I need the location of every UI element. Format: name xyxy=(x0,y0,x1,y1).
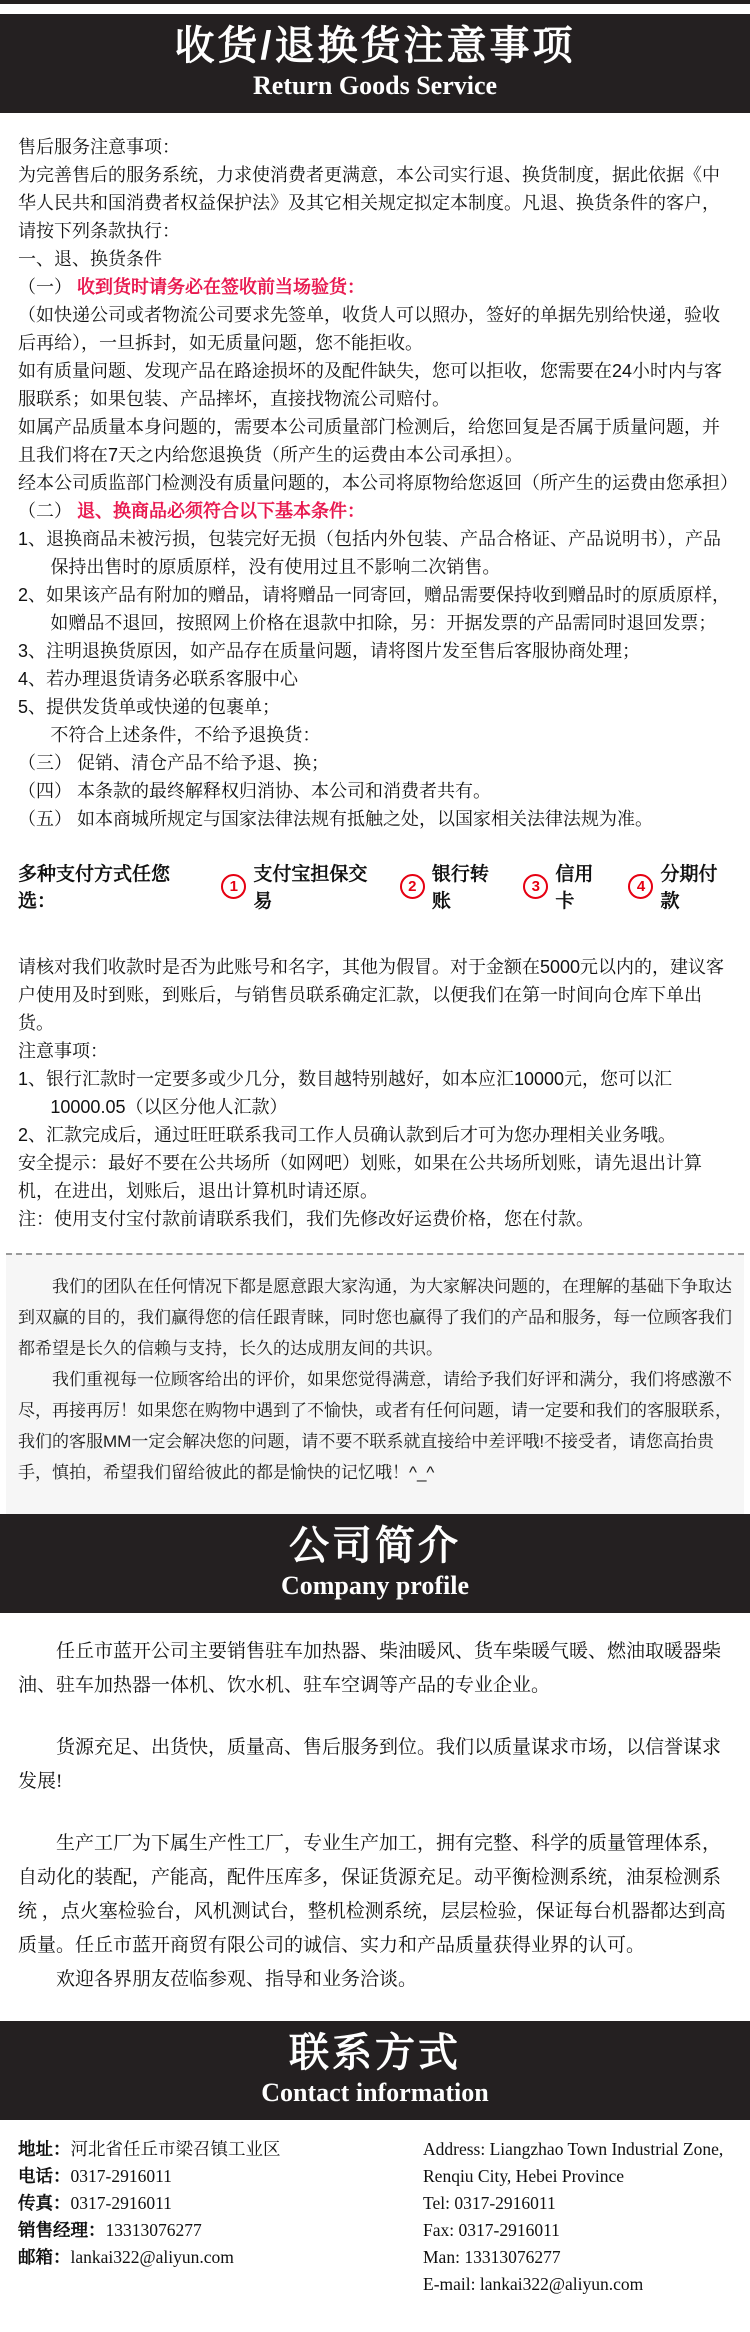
contact-header-band: 联系方式 Contact information xyxy=(0,2021,750,2120)
clause-2-emphasis: 退、换商品必须符合以下基本条件： xyxy=(77,501,365,521)
alipay-note: 注：使用支付宝付款前请联系我们，我们先修改好运费价格，您在付款。 xyxy=(18,1205,732,1233)
payment-methods-label: 多种支付方式任您选： xyxy=(18,859,201,913)
contact-address-en-1: Address: Liangzhao Town Industrial Zone, xyxy=(423,2136,732,2163)
contact-label: 地址： xyxy=(18,2139,71,2159)
company-profile-para: 生产工厂为下属生产性工厂，专业生产加工，拥有完整、科学的质量管理体系，自动化的装… xyxy=(18,1827,732,1963)
clause-2-prefix: （二） xyxy=(18,501,77,521)
contact-email-cn: 邮箱：lankai322@aliyun.com xyxy=(18,2244,423,2271)
return-policy-section: 售后服务注意事项： 为完善售后的服务系统，力求使消费者更满意，本公司实行退、换货… xyxy=(0,113,750,833)
security-tip: 安全提示：最好不要在公共场所（如网吧）划账，如果在公共场所划账，请先退出计算机，… xyxy=(18,1149,732,1205)
extra-clause: （三） 促销、清仓产品不给予退、换； xyxy=(18,749,732,777)
payment-method-label: 信用卡 xyxy=(555,859,608,913)
payment-methods-row: 多种支付方式任您选： 1 支付宝担保交易 2 银行转账 3 信用卡 4 分期付款 xyxy=(18,859,732,913)
company-profile-section: 任丘市蓝开公司主要销售驻车加热器、柴油暖风、货车柴暖气暖、燃油取暖器柴油、驻车加… xyxy=(0,1613,750,2021)
return-goods-title-en: Return Goods Service xyxy=(0,71,750,101)
clause-1-emphasis: 收到货时请务必在签收前当场验货： xyxy=(77,277,365,297)
condition-item: 4、若办理退货请务必联系客服中心 xyxy=(18,665,732,693)
contact-fax-en: Fax: 0317-2916011 xyxy=(423,2217,732,2244)
contact-value: 河北省任丘市梁召镇工业区 xyxy=(71,2139,281,2159)
circled-number-2-icon: 2 xyxy=(400,874,425,899)
circled-number-1-icon: 1 xyxy=(221,874,246,899)
circled-number-3-icon: 3 xyxy=(523,874,548,899)
remittance-section: 请核对我们收款时是否为此账号和名字，其他为假冒。对于金额在5000元以内的，建议… xyxy=(0,913,750,1233)
clause-1-body-3: 如属产品质量本身问题的，需要本公司质量部门检测后，给您回复是否属于质量问题，并且… xyxy=(18,413,732,469)
clause-1-body-4: 经本公司质监部门检测没有质量问题的，本公司将原物给您返回（所产生的运费由您承担） xyxy=(18,469,732,497)
clause-1-body-2: 如有质量问题、发现产品在路途损坏的及配件缺失，您可以拒收，您需要在24小时内与客… xyxy=(18,357,732,413)
payment-method-label: 支付宝担保交易 xyxy=(253,859,380,913)
contact-manager-cn: 销售经理：13313076277 xyxy=(18,2217,423,2244)
section-return-conditions-title: 一、退、换货条件 xyxy=(18,245,732,273)
contact-title-en: Contact information xyxy=(0,2078,750,2108)
after-sale-notes-title: 售后服务注意事项： xyxy=(18,133,732,161)
top-border xyxy=(0,0,750,4)
payment-method-alipay: 1 支付宝担保交易 xyxy=(201,859,380,913)
company-profile-title-cn: 公司简介 xyxy=(0,1522,750,1570)
company-profile-para: 货源充足、出货快，质量高、售后服务到位。我们以质量谋求市场，以信誉谋求发展! xyxy=(18,1731,732,1799)
contact-value: lankai322@aliyun.com xyxy=(71,2247,234,2267)
remittance-note: 1、银行汇款时一定要多或少几分，数目越特别越好，如本应汇10000元，您可以汇1… xyxy=(18,1065,732,1121)
company-profile-para: 欢迎各界朋友莅临参观、指导和业务洽谈。 xyxy=(18,1963,732,1997)
clause-1-heading: （一） 收到货时请务必在签收前当场验货： xyxy=(18,273,732,301)
condition-item: 3、注明退换货原因，如产品存在质量问题，请将图片发至售后客服协商处理； xyxy=(18,637,732,665)
contact-tel-en: Tel: 0317-2916011 xyxy=(423,2190,732,2217)
return-goods-title-cn: 收货/退换货注意事项 xyxy=(0,22,750,70)
after-sale-intro: 为完善售后的服务系统，力求使消费者更满意，本公司实行退、换货制度，据此依据《中华… xyxy=(18,161,732,245)
contact-title-cn: 联系方式 xyxy=(0,2029,750,2077)
contact-address-cn: 地址：河北省任丘市梁召镇工业区 xyxy=(18,2136,423,2163)
contact-value: 0317-2916011 xyxy=(71,2166,172,2186)
contact-fax-cn: 传真：0317-2916011 xyxy=(18,2190,423,2217)
company-profile-header-band: 公司简介 Company profile xyxy=(0,1514,750,1613)
no-return-note: 不符合上述条件，不给予退换货： xyxy=(18,721,732,749)
contact-label: 邮箱： xyxy=(18,2247,71,2267)
remittance-intro: 请核对我们收款时是否为此账号和名字，其他为假冒。对于金额在5000元以内的，建议… xyxy=(18,953,732,1037)
contact-section: 地址：河北省任丘市梁召镇工业区 电话：0317-2916011 传真：0317-… xyxy=(0,2120,750,2332)
team-message-para: 我们重视每一位顾客给出的评价，如果您觉得满意，请给予我们好评和满分，我们将感激不… xyxy=(18,1364,732,1488)
contact-label: 传真： xyxy=(18,2193,71,2213)
payment-method-credit-card: 3 信用卡 xyxy=(503,859,608,913)
team-message-para: 我们的团队在任何情况下都是愿意跟大家沟通，为大家解决问题的，在理解的基础下争取达… xyxy=(18,1271,732,1364)
condition-item: 5、提供发货单或快递的包裹单； xyxy=(18,693,732,721)
contact-label: 销售经理： xyxy=(18,2220,106,2240)
payment-method-installment: 4 分期付款 xyxy=(608,859,732,913)
extra-clause: （五） 如本商城所规定与国家法律法规有抵触之处，以国家相关法律法规为准。 xyxy=(18,805,732,833)
company-profile-para: 任丘市蓝开公司主要销售驻车加热器、柴油暖风、货车柴暖气暖、燃油取暖器柴油、驻车加… xyxy=(18,1635,732,1703)
company-profile-title-en: Company profile xyxy=(0,1571,750,1601)
contact-value: 13313076277 xyxy=(106,2220,202,2240)
condition-item: 1、退换商品未被污损，包装完好无损（包括内外包装、产品合格证、产品说明书），产品… xyxy=(18,525,732,581)
contact-man-en: Man: 13313076277 xyxy=(423,2244,732,2271)
remittance-note: 2、汇款完成后，通过旺旺联系我司工作人员确认款到后才可为您办理相关业务哦。 xyxy=(18,1121,732,1149)
payment-method-label: 分期付款 xyxy=(660,859,732,913)
contact-english-column: Address: Liangzhao Town Industrial Zone,… xyxy=(423,2136,732,2298)
clause-1-body-1: （如快递公司或者物流公司要求先签单，收货人可以照办，签好的单据先别给快递，验收后… xyxy=(18,301,732,357)
condition-item: 2、如果该产品有附加的赠品，请将赠品一同寄回，赠品需要保持收到赠品时的原质原样，… xyxy=(18,581,732,637)
payment-method-label: 银行转账 xyxy=(432,859,504,913)
remittance-notes-title: 注意事项： xyxy=(18,1037,732,1065)
contact-value: 0317-2916011 xyxy=(71,2193,172,2213)
circled-number-4-icon: 4 xyxy=(628,874,653,899)
payment-method-bank-transfer: 2 银行转账 xyxy=(380,859,504,913)
contact-chinese-column: 地址：河北省任丘市梁召镇工业区 电话：0317-2916011 传真：0317-… xyxy=(18,2136,423,2298)
contact-phone-cn: 电话：0317-2916011 xyxy=(18,2163,423,2190)
contact-label: 电话： xyxy=(18,2166,71,2186)
clause-1-prefix: （一） xyxy=(18,277,77,297)
return-goods-header-band: 收货/退换货注意事项 Return Goods Service xyxy=(0,14,750,113)
contact-address-en-2: Renqiu City, Hebei Province xyxy=(423,2163,732,2190)
team-message-box: 我们的团队在任何情况下都是愿意跟大家沟通，为大家解决问题的，在理解的基础下争取达… xyxy=(6,1253,744,1514)
contact-email-en: E-mail: lankai322@aliyun.com xyxy=(423,2271,732,2298)
extra-clause: （四） 本条款的最终解释权归消协、本公司和消费者共有。 xyxy=(18,777,732,805)
clause-2-heading: （二） 退、换商品必须符合以下基本条件： xyxy=(18,497,732,525)
